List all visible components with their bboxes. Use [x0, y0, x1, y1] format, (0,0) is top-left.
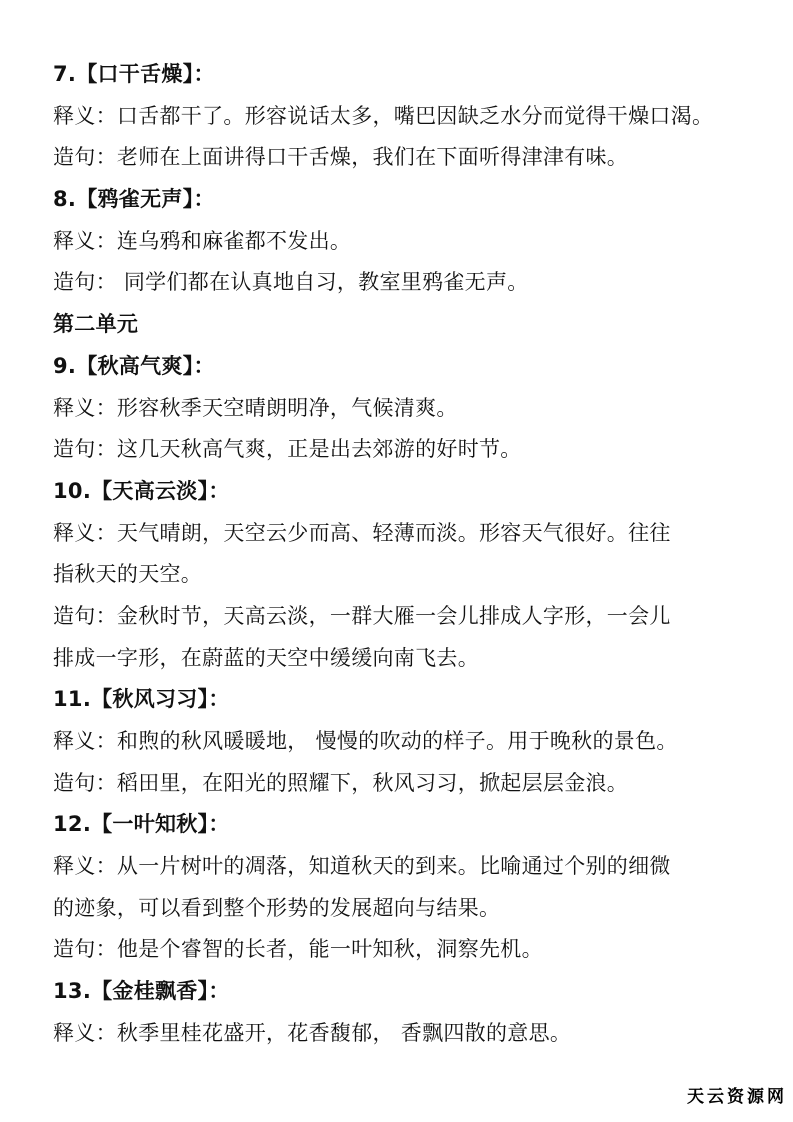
section-heading: 第二单元	[53, 304, 753, 346]
definition-line: 释义：和煦的秋风暖暖地， 慢慢的吹动的样子。用于晚秋的景色。	[53, 721, 753, 763]
idiom-heading: 8.【鸦雀无声】：	[53, 179, 753, 221]
definition-line: 释义：天气晴朗，天空云少而高、轻薄而淡。形容天气很好。往往	[53, 513, 753, 555]
example-sentence-line: 造句：他是个睿智的长者，能一叶知秋，洞察先机。	[53, 929, 753, 971]
idiom-heading: 10.【天高云淡】：	[53, 471, 753, 513]
definition-line-continued: 指秋天的天空。	[53, 554, 753, 596]
definition-line: 释义：连乌鸦和麻雀都不发出。	[53, 221, 753, 263]
idiom-heading: 7.【口干舌燥】：	[53, 54, 753, 96]
definition-line: 释义：形容秋季天空晴朗明净，气候清爽。	[53, 388, 753, 430]
idiom-heading: 11.【秋风习习】：	[53, 679, 753, 721]
example-sentence-line: 造句：老师在上面讲得口干舌燥，我们在下面听得津津有味。	[53, 137, 753, 179]
idiom-heading: 9.【秋高气爽】：	[53, 346, 753, 388]
watermark: 天云资源网	[687, 1082, 787, 1107]
definition-line-continued: 的迹象，可以看到整个形势的发展超向与结果。	[53, 888, 753, 930]
example-sentence-line: 造句： 同学们都在认真地自习，教室里鸦雀无声。	[53, 262, 753, 304]
idiom-heading: 12.【一叶知秋】：	[53, 804, 753, 846]
definition-line: 释义：秋季里桂花盛开，花香馥郁， 香飘四散的意思。	[53, 1013, 753, 1055]
document-body: 7.【口干舌燥】： 释义：口舌都干了。形容说话太多，嘴巴因缺乏水分而觉得干燥口渴…	[53, 54, 753, 1055]
definition-line: 释义：口舌都干了。形容说话太多，嘴巴因缺乏水分而觉得干燥口渴。	[53, 96, 753, 138]
example-sentence-line: 造句：金秋时节，天高云淡，一群大雁一会儿排成人字形，一会儿	[53, 596, 753, 638]
definition-line: 释义：从一片树叶的凋落，知道秋天的到来。比喻通过个别的细微	[53, 846, 753, 888]
idiom-heading: 13.【金桂飘香】：	[53, 971, 753, 1013]
example-sentence-line: 造句：稻田里，在阳光的照耀下，秋风习习，掀起层层金浪。	[53, 763, 753, 805]
example-sentence-line: 造句：这几天秋高气爽，正是出去郊游的好时节。	[53, 429, 753, 471]
example-sentence-line-continued: 排成一字形，在蔚蓝的天空中缓缓向南飞去。	[53, 638, 753, 680]
